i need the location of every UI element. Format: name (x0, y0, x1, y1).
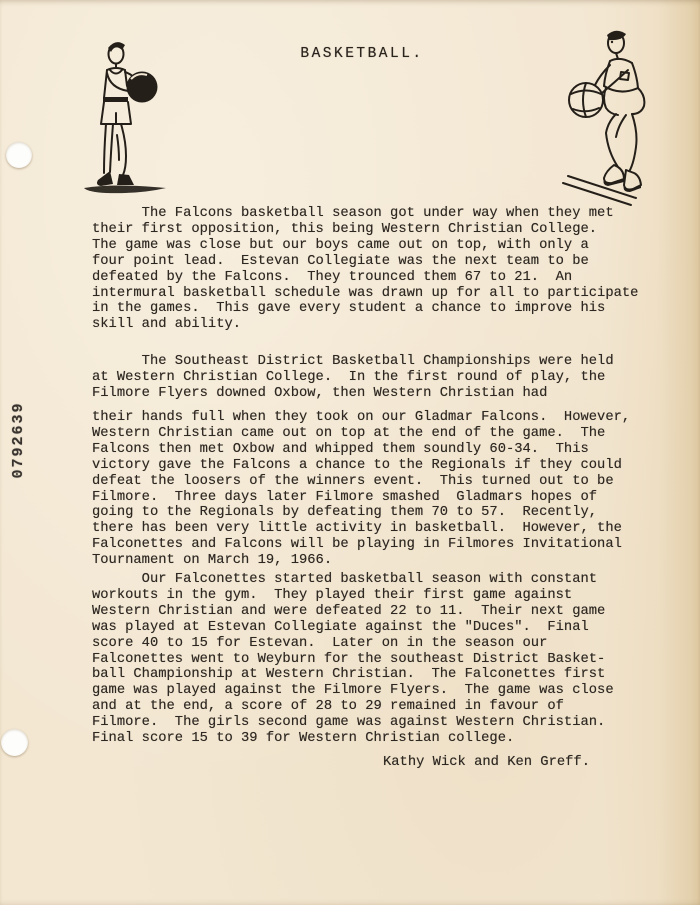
punch-hole-bottom (1, 729, 28, 756)
byline: Kathy Wick and Ken Greff. (383, 755, 590, 770)
basketball-player-left-illustration (70, 36, 186, 204)
scanned-document-page: 0792639 BASKETBALL. (0, 0, 700, 905)
paragraph-2-part-2: their hands full when they took on our G… (92, 410, 630, 569)
paragraph-3: Our Falconettes started basketball seaso… (92, 572, 614, 747)
paragraph-2-part-1: The Southeast District Basketball Champi… (92, 354, 614, 402)
paragraph-1: The Falcons basketball season got under … (92, 206, 638, 333)
punch-hole-top (6, 142, 32, 168)
basketball-player-right-illustration (558, 26, 688, 208)
archive-number-stamp: 0792639 (10, 389, 30, 491)
